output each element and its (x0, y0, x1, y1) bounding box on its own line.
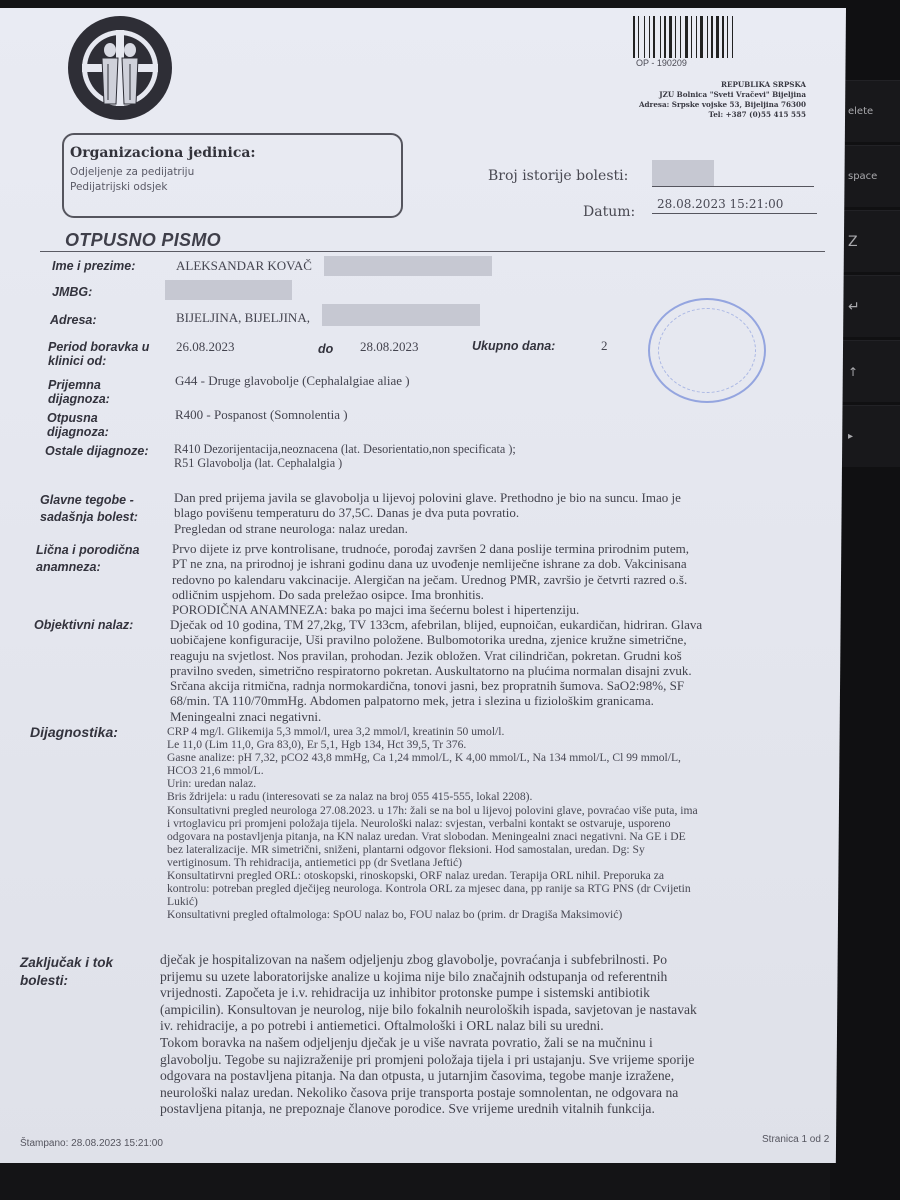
barcode-bar (675, 16, 676, 58)
key-label: Z (848, 234, 858, 250)
address-label: Adresa: (50, 313, 97, 327)
discharge-diagnosis-label: Otpusna dijagnoza: (47, 411, 132, 439)
history-line: PORODIČNA ANAMNEZA: baka po majci ima še… (172, 602, 689, 617)
barcode-bar (677, 16, 679, 58)
barcode-bar (689, 16, 690, 58)
history-label: Lična i porodična anamneza: (36, 542, 161, 576)
date-line (652, 213, 817, 214)
barcode-bar (636, 16, 637, 58)
barcode-bar (720, 16, 721, 58)
barcode-bar (685, 16, 688, 58)
record-number-label: Broj istorije bolesti: (488, 168, 628, 184)
history-line: Prvo dijete iz prve kontrolisane, trudno… (172, 541, 689, 556)
barcode-bar (727, 16, 728, 58)
barcode-bar (700, 16, 703, 58)
objective-label: Objektivni nalaz: (34, 618, 133, 632)
diagnostics-text: CRP 4 mg/l. Glikemija 5,3 mmol/l, urea 3… (167, 725, 698, 921)
barcode-bar (709, 16, 710, 58)
barcode-bar (638, 16, 639, 58)
barcode-number: OP - 190209 (636, 58, 687, 68)
diagnostics-label: Dijagnostika: (30, 725, 118, 739)
other-diagnoses-list: R410 Dezorijentacija,neoznacena (lat. De… (174, 442, 516, 470)
barcode-bar (646, 16, 648, 58)
name-label: Ime i prezime: (52, 259, 135, 273)
diagnostics-line: Konsultativni pregled oftalmologa: SpOU … (167, 908, 698, 921)
hospital-name: JZU Bolnica "Sveti Vračevi" Bijeljina (639, 90, 806, 100)
period-label: Period boravka u klinici od: (48, 340, 166, 368)
enter-icon: ↵ (848, 299, 860, 315)
printed-timestamp: Štampano: 28.08.2023 15:21:00 (20, 1138, 163, 1149)
date-label: Datum: (583, 204, 635, 220)
hospital-address: Adresa: Srpske vojske 53, Bijeljina 7630… (639, 100, 806, 110)
conclusion-text: dječak je hospitalizovan na našem odjelj… (160, 952, 697, 1118)
key-label: elete (848, 106, 873, 117)
diagnostics-line: vertiginosum. Th rehidracija, antiemetic… (167, 856, 698, 869)
conclusion-line: neurološki nalaz uredan. Nekoliko časova… (160, 1085, 697, 1102)
document-title: OTPUSNO PISMO (65, 230, 221, 251)
diagnostics-line: Lukić) (167, 895, 698, 908)
barcode-bar (714, 16, 715, 58)
diagnostics-line: Konsultativni pregled neurologa 27.08.20… (167, 804, 698, 817)
org-unit-title: Organizaciona jedinica: (70, 145, 395, 161)
objective-line: Srčana akcija ritmična, radnja normokard… (170, 678, 702, 693)
country: REPUBLIKA SRPSKA (639, 80, 806, 90)
hospital-seal-logo (64, 14, 176, 122)
diagnostics-line: CRP 4 mg/l. Glikemija 5,3 mmol/l, urea 3… (167, 725, 698, 738)
conclusion-line: vrijednosti. Započeta je i.v. rehidracij… (160, 985, 697, 1002)
diagnostics-line: Gasne analize: pH 7,32, pCO2 43,8 mmHg, … (167, 751, 698, 764)
conclusion-label: Zaključak i tok bolesti: (20, 954, 140, 990)
complaints-label: Glavne tegobe - sadašnja bolest: (40, 492, 160, 526)
history-line: PT ne zna, na prirodnoj je ishrani godin… (172, 556, 689, 571)
barcode-bar (696, 16, 697, 58)
key-label: space (848, 171, 877, 182)
barcode-bar (711, 16, 713, 58)
other-diagnoses-label: Ostale dijagnoze: (45, 444, 149, 458)
barcode-bar (669, 16, 672, 58)
history-text: Prvo dijete iz prve kontrolisane, trudno… (172, 541, 689, 617)
diagnostics-line: Bris ždrijela: u radu (interesovati se z… (167, 790, 698, 803)
barcode-bar (662, 16, 663, 58)
barcode-bar (651, 16, 652, 58)
admission-diagnosis-value: G44 - Druge glavobolje (Cephalalgiae ali… (175, 374, 410, 388)
other-diagnosis: R51 Glavobolja (lat. Cephalalgia ) (174, 456, 516, 470)
barcode-bar (725, 16, 726, 58)
conclusion-line: odgovara na postavljena pitanja. Na dan … (160, 1068, 697, 1085)
barcode-bar (716, 16, 719, 58)
barcode-bar (660, 16, 661, 58)
barcode-bar (722, 16, 724, 58)
diagnostics-line: Urin: uredan nalaz. (167, 777, 698, 790)
diagnostics-line: HCO3 21,6 mmol/L. (167, 764, 698, 777)
org-unit-line: Odjeljenje za pedijatriju (70, 166, 395, 178)
objective-line: Meningealni znaci negativni. (170, 709, 702, 724)
name-value: ALEKSANDAR KOVAČ (176, 259, 312, 273)
barcode-bar (644, 16, 645, 58)
conclusion-line: (ampicilin). Konsultovan je neurolog, ni… (160, 1002, 697, 1019)
address-value: BIJELJINA, BIJELJINA, (176, 311, 310, 325)
objective-line: reaguju na svjetlost. Nos pravilan, proh… (170, 648, 702, 663)
complaints-line: blago povišenu temperaturu do 37,5C. Dan… (174, 505, 681, 520)
conclusion-line: prijemu su uzete laboratorijske analize … (160, 969, 697, 986)
name-redacted (324, 256, 492, 276)
keyboard-key-right: ▸ (842, 405, 900, 467)
diagnostics-line: kontrolu: potreban pregled dječijeg neur… (167, 882, 698, 895)
history-line: odličnim uspjehom. Do sada preležao osip… (172, 587, 689, 602)
period-from: 26.08.2023 (176, 340, 235, 354)
diagnostics-line: odgovara na postavljenja pitanja, na KN … (167, 830, 698, 843)
discharge-diagnosis-value: R400 - Pospanost (Somnolentia ) (175, 408, 348, 422)
keyboard-key-up: ↑ (842, 340, 900, 402)
objective-line: pravilno sveden, simetrično respiratorno… (170, 663, 702, 678)
objective-line: uobičajene konfiguracije, Uši pravilno p… (170, 632, 702, 647)
total-days-label: Ukupno dana: (472, 339, 555, 353)
barcode-bar (691, 16, 692, 58)
org-unit-box: Organizaciona jedinica: Odjeljenje za pe… (62, 133, 403, 218)
history-line: redovno po kalendaru vakcinacije. Alergi… (172, 572, 689, 587)
conclusion-line: postavljena pitanja, ne prepoznaje člano… (160, 1101, 697, 1118)
org-unit-line: Pedijatrijski odsjek (70, 181, 395, 193)
objective-line: Dječak od 10 godina, TM 27,2kg, TV 133cm… (170, 617, 702, 632)
period-to-label: do (318, 342, 333, 356)
complaints-line: Dan pred prijema javila se glavobolja u … (174, 490, 681, 505)
arrow-right-icon: ▸ (848, 431, 853, 442)
barcode-bar (732, 16, 733, 58)
hospital-phone: Tel: +387 (0)55 415 555 (639, 110, 806, 120)
arrow-up-icon: ↑ (848, 365, 858, 379)
total-days-value: 2 (601, 339, 608, 353)
conclusion-line: glavobolju. Tegobe su najizraženije pri … (160, 1052, 697, 1069)
complaints-text: Dan pred prijema javila se glavobolja u … (174, 490, 681, 536)
title-rule (40, 251, 825, 252)
barcode-bar (729, 16, 731, 58)
record-number-redacted (652, 160, 714, 186)
barcode-bar (653, 16, 655, 58)
admission-diagnosis-label: Prijemna dijagnoza: (48, 378, 133, 406)
barcode-bar (649, 16, 650, 58)
keyboard-key-backspace: space (842, 145, 900, 207)
keyboard-key-delete: elete (842, 80, 900, 142)
complaints-line: Pregledan od strane neurologa: nalaz ure… (174, 521, 681, 536)
barcode-bar (707, 16, 708, 58)
objective-text: Dječak od 10 godina, TM 27,2kg, TV 133cm… (170, 617, 702, 724)
diagnostics-line: Le 11,0 (Lim 11,0, Gra 83,0), Er 5,1, Hg… (167, 738, 698, 751)
period-to: 28.08.2023 (360, 340, 419, 354)
barcode (633, 16, 765, 58)
jmbg-redacted (165, 280, 292, 300)
conclusion-line: iv. rehidracije, a po potrebi i antiemet… (160, 1018, 697, 1035)
diagnostics-line: bez lateralizacije. MR simetrični, sniže… (167, 843, 698, 856)
barcode-bar (734, 16, 737, 58)
other-diagnosis: R410 Dezorijentacija,neoznacena (lat. De… (174, 442, 516, 456)
objective-line: 68/min. TA 110/70mmHg. Abdomen palpatorn… (170, 693, 702, 708)
conclusion-line: dječak je hospitalizovan na našem odjelj… (160, 952, 697, 969)
date-value: 28.08.2023 15:21:00 (657, 197, 783, 211)
barcode-bar (682, 16, 684, 58)
keyboard-key-enter: ↵ (842, 275, 900, 337)
discharge-letter-page: OP - 190209 REPUBLIKA SRPSKA JZU Bolnica… (0, 8, 846, 1163)
barcode-bar (656, 16, 659, 58)
keyboard-key-z: Z (842, 210, 900, 272)
conclusion-line: Tokom boravka na našem odjeljenju dječak… (160, 1035, 697, 1052)
barcode-bar (673, 16, 674, 58)
barcode-bar (667, 16, 668, 58)
barcode-bar (704, 16, 706, 58)
barcode-bar (640, 16, 643, 58)
record-number-line (652, 186, 814, 187)
barcode-bar (633, 16, 635, 58)
page-number: Stranica 1 od 2 (762, 1134, 829, 1145)
hospital-info: REPUBLIKA SRPSKA JZU Bolnica "Sveti Vrač… (639, 80, 806, 120)
diagnostics-line: Konsultatirvni pregled ORL: otoskopski, … (167, 869, 698, 882)
diagnostics-line: i vrtoglavicu pri promjeni položaja tije… (167, 817, 698, 830)
jmbg-label: JMBG: (52, 285, 92, 299)
barcode-bar (680, 16, 681, 58)
official-stamp (648, 298, 766, 403)
barcode-bar (693, 16, 695, 58)
address-redacted (322, 304, 480, 326)
barcode-bar (698, 16, 699, 58)
barcode-bar (664, 16, 666, 58)
